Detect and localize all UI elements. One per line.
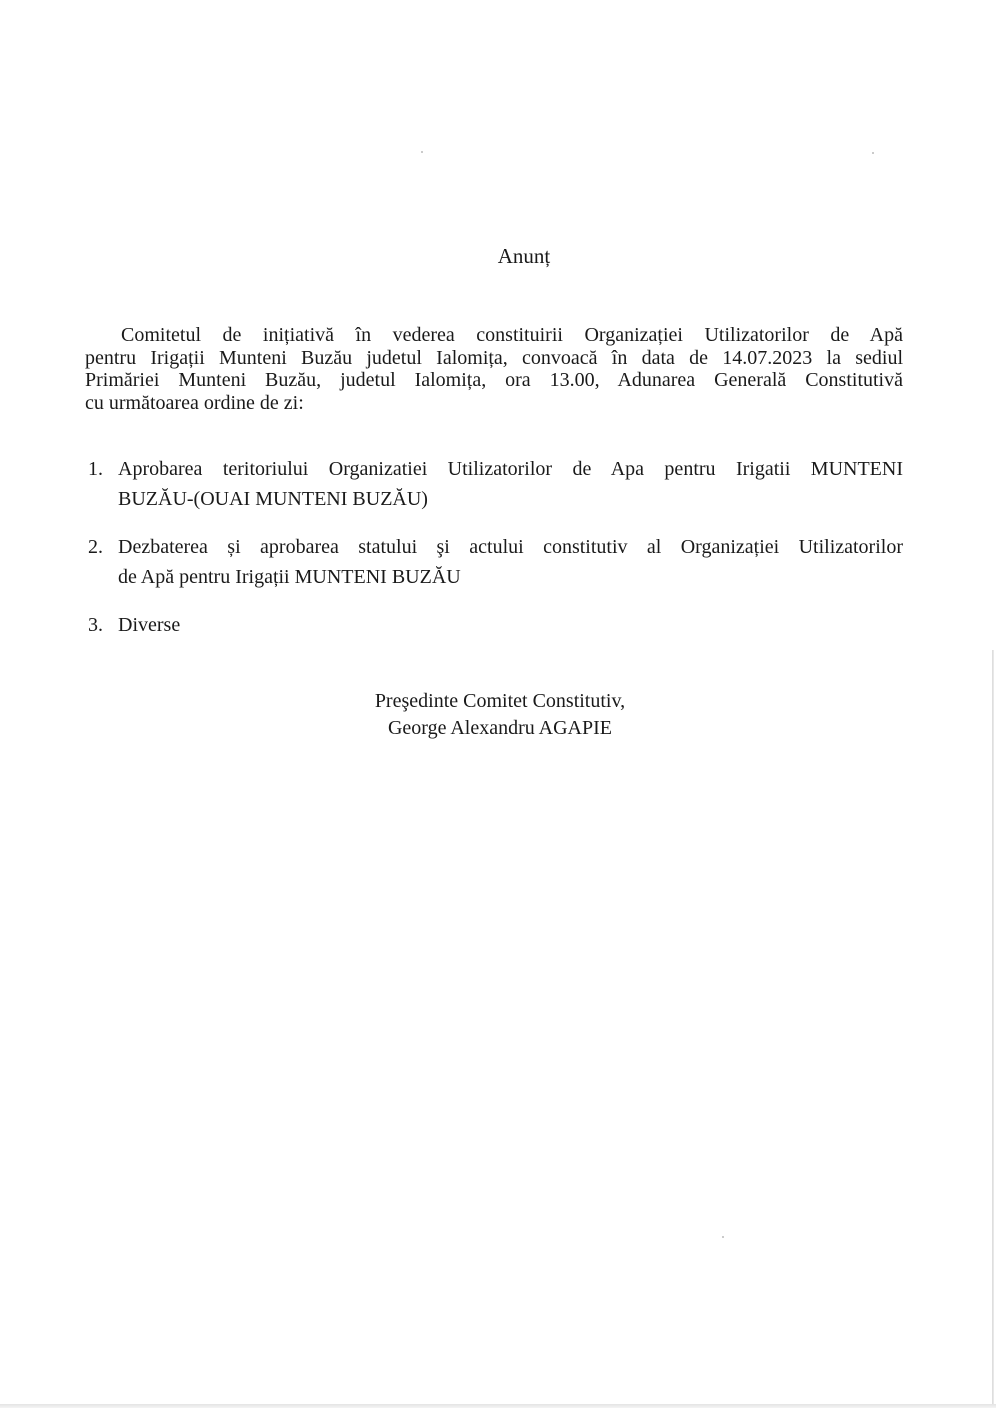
signature-name: George Alexandru AGAPIE <box>0 715 1000 742</box>
paragraph-line: Comitetul de inițiativă în vederea const… <box>85 324 903 347</box>
scan-edge-bottom <box>0 1404 996 1408</box>
agenda-item-number: 3. <box>88 610 103 640</box>
agenda-item: 3. Diverse <box>88 610 903 640</box>
agenda-item-number: 1. <box>88 454 103 484</box>
scan-speck <box>421 151 423 153</box>
agenda-item-line: de Apă pentru Irigații MUNTENI BUZĂU <box>118 562 903 592</box>
scan-edge-right <box>992 650 994 1405</box>
agenda-item-line: Diverse <box>118 610 903 640</box>
agenda-item-number: 2. <box>88 532 103 562</box>
document-page: Anunț Comitetul de inițiativă în vederea… <box>0 0 1000 1414</box>
agenda-item-line: Dezbaterea și aprobarea statului şi actu… <box>118 532 903 562</box>
signature-role: Preşedinte Comitet Constitutiv, <box>0 688 1000 715</box>
agenda-item: 1. Aprobarea teritoriului Organizatiei U… <box>88 454 903 514</box>
scan-speck <box>722 1236 724 1238</box>
agenda-list: 1. Aprobarea teritoriului Organizatiei U… <box>88 454 903 658</box>
agenda-item-line: BUZĂU-(OUAI MUNTENI BUZĂU) <box>118 484 903 514</box>
announcement-paragraph: Comitetul de inițiativă în vederea const… <box>85 324 903 414</box>
paragraph-line: cu următoarea ordine de zi: <box>85 392 903 415</box>
agenda-item: 2. Dezbaterea și aprobarea statului şi a… <box>88 532 903 592</box>
paragraph-line: Primăriei Munteni Buzău, judetul Ialomiț… <box>85 369 903 392</box>
document-title: Anunț <box>0 244 1000 269</box>
agenda-item-line: Aprobarea teritoriului Organizatiei Util… <box>118 454 903 484</box>
signature-block: Preşedinte Comitet Constitutiv, George A… <box>0 688 1000 742</box>
paragraph-line: pentru Irigații Munteni Buzău judetul Ia… <box>85 347 903 370</box>
scan-speck <box>872 152 874 154</box>
